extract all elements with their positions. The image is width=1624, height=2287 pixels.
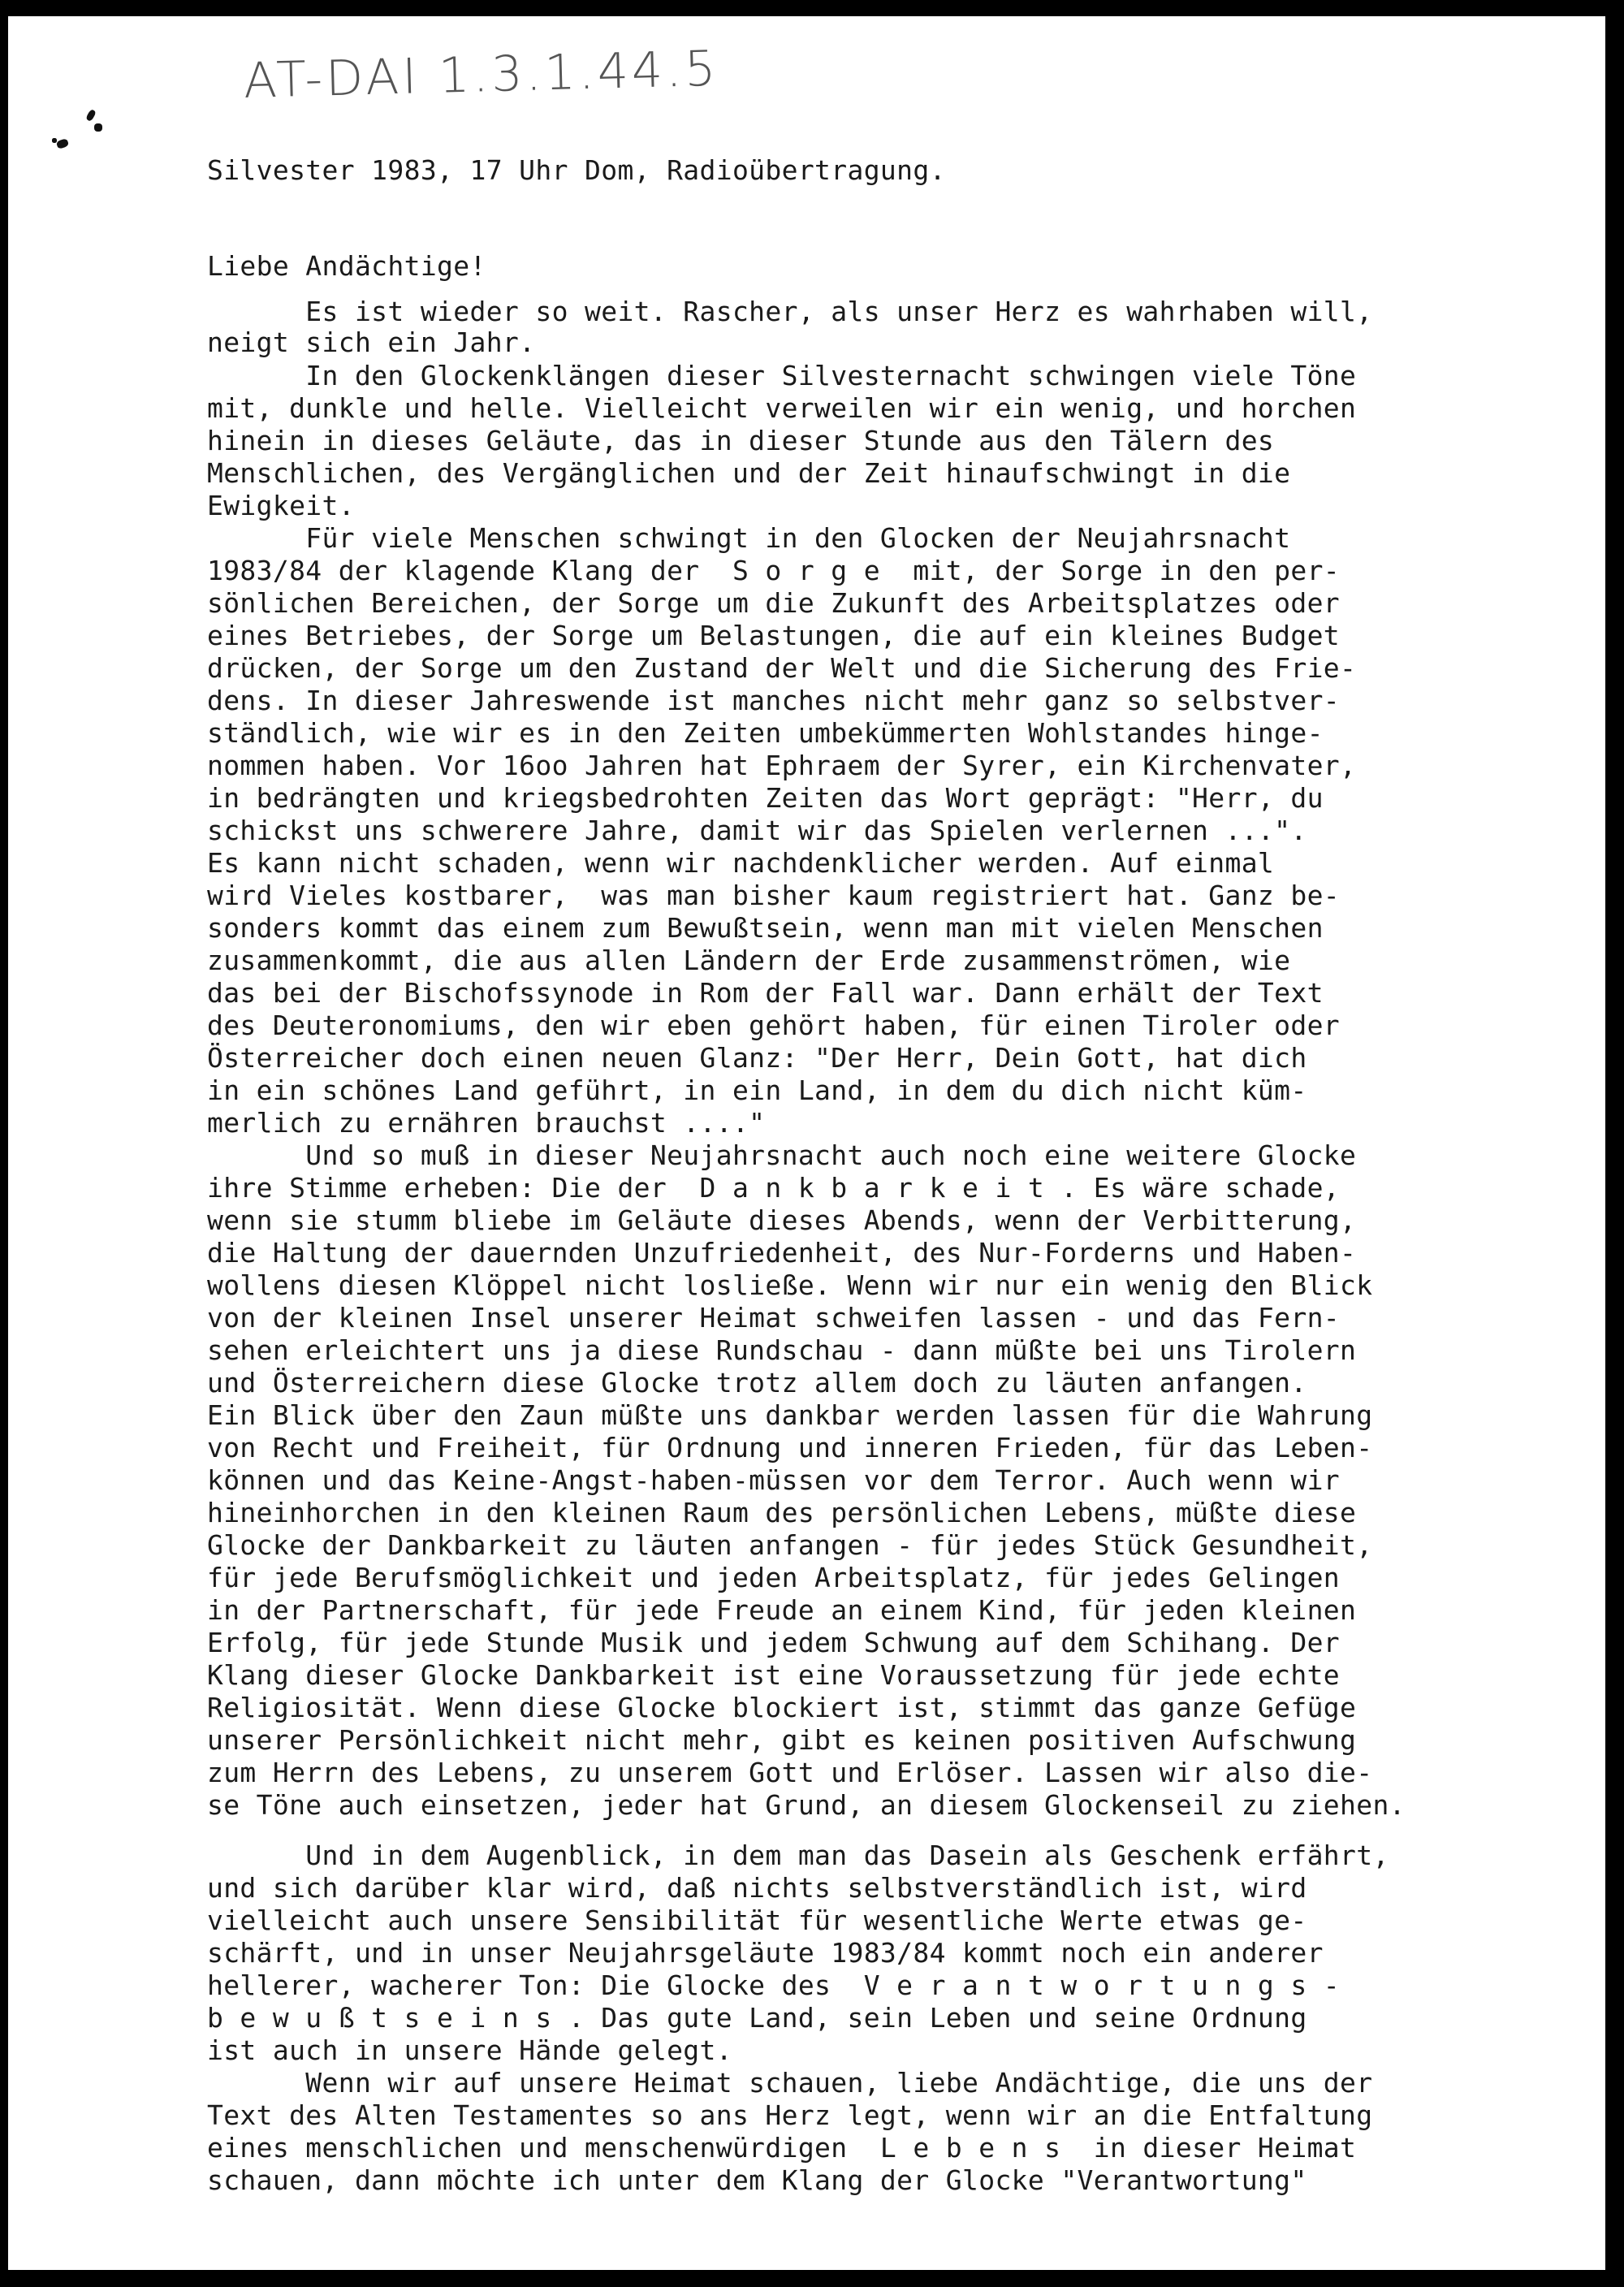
- text-line: von der kleinen Insel unserer Heimat sch…: [207, 1302, 1340, 1334]
- text-line: se Töne auch einsetzen, jeder hat Grund,…: [207, 1789, 1406, 1822]
- text-line: Erfolg, für jede Stunde Musik und jedem …: [207, 1627, 1340, 1659]
- text-line: und Österreichern diese Glocke trotz all…: [207, 1367, 1307, 1399]
- text-line: des Deuteronomiums, den wir eben gehört …: [207, 1009, 1340, 1042]
- ink-blot: [52, 138, 57, 143]
- text-line: das bei der Bischofssynode in Rom der Fa…: [207, 977, 1324, 1009]
- document-header: Silvester 1983, 17 Uhr Dom, Radioübertra…: [207, 154, 946, 187]
- text-line: zusammenkommt, die aus allen Ländern der…: [207, 945, 1290, 977]
- document-page: AT-DAI 1.3.1.44.5 Silvester 1983, 17 Uhr…: [8, 16, 1605, 2270]
- text-line: Und in dem Augenblick, in dem man das Da…: [207, 1840, 1389, 1872]
- text-line: für jede Berufsmöglichkeit und jeden Arb…: [207, 1562, 1340, 1594]
- text-line: neigt sich ein Jahr.: [207, 326, 535, 359]
- text-line: in der Partnerschaft, für jede Freude an…: [207, 1594, 1356, 1627]
- text-line: in bedrängten und kriegsbedrohten Zeiten…: [207, 782, 1324, 815]
- text-line: b e w u ß t s e i n s . Das gute Land, s…: [207, 2002, 1307, 2034]
- text-line: merlich zu ernähren brauchst ....": [207, 1107, 765, 1139]
- text-line: hellerer, wacherer Ton: Die Glocke des V…: [207, 1969, 1340, 2002]
- text-line: zum Herrn des Lebens, zu unserem Gott un…: [207, 1757, 1372, 1789]
- ink-blot: [85, 109, 97, 122]
- text-line: In den Glockenklängen dieser Silvesterna…: [207, 360, 1356, 392]
- text-line: Für viele Menschen schwingt in den Glock…: [207, 522, 1290, 555]
- archive-signature: AT-DAI 1.3.1.44.5: [243, 41, 719, 110]
- text-line: Menschlichen, des Vergänglichen und der …: [207, 457, 1290, 490]
- text-line: Text des Alten Testamentes so ans Herz l…: [207, 2099, 1372, 2132]
- text-line: drücken, der Sorge um den Zustand der We…: [207, 652, 1356, 685]
- text-line: Ewigkeit.: [207, 490, 355, 522]
- text-line: wenn sie stumm bliebe im Geläute dieses …: [207, 1204, 1356, 1237]
- text-line: hineinhorchen in den kleinen Raum des pe…: [207, 1497, 1356, 1529]
- text-line: von Recht und Freiheit, für Ordnung und …: [207, 1432, 1372, 1464]
- text-line: ständlich, wie wir es in den Zeiten umbe…: [207, 717, 1324, 750]
- text-line: mit, dunkle und helle. Vielleicht verwei…: [207, 392, 1356, 425]
- text-line: vielleicht auch unsere Sensibilität für …: [207, 1904, 1307, 1937]
- text-line: unserer Persönlichkeit nicht mehr, gibt …: [207, 1724, 1356, 1757]
- text-line: Österreicher doch einen neuen Glanz: "De…: [207, 1042, 1307, 1074]
- text-line: Wenn wir auf unsere Heimat schauen, lieb…: [207, 2067, 1372, 2099]
- text-line: Klang dieser Glocke Dankbarkeit ist eine…: [207, 1659, 1340, 1692]
- text-line: Es kann nicht schaden, wenn wir nachdenk…: [207, 847, 1274, 880]
- text-line: ihre Stimme erheben: Die der D a n k b a…: [207, 1172, 1340, 1204]
- text-line: wird Vieles kostbarer, was man bisher ka…: [207, 880, 1340, 912]
- text-line: und sich darüber klar wird, daß nichts s…: [207, 1872, 1307, 1904]
- salutation: Liebe Andächtige!: [207, 250, 486, 283]
- text-line: schickst uns schwerere Jahre, damit wir …: [207, 815, 1307, 847]
- text-line: hinein in dieses Geläute, das in dieser …: [207, 425, 1274, 457]
- text-line: sönlichen Bereichen, der Sorge um die Zu…: [207, 587, 1340, 620]
- text-line: nommen haben. Vor 16oo Jahren hat Ephrae…: [207, 750, 1356, 782]
- text-line: die Haltung der dauernden Unzufriedenhei…: [207, 1237, 1356, 1269]
- text-line: 1983/84 der klagende Klang der S o r g e…: [207, 555, 1340, 587]
- text-line: schauen, dann möchte ich unter dem Klang…: [207, 2164, 1307, 2197]
- text-line: sonders kommt das einem zum Bewußtsein, …: [207, 912, 1324, 945]
- text-line: Glocke der Dankbarkeit zu läuten anfange…: [207, 1529, 1372, 1562]
- ink-blot: [94, 123, 102, 132]
- text-line: Es ist wieder so weit. Rascher, als unse…: [207, 296, 1372, 328]
- text-line: sehen erleichtert uns ja diese Rundschau…: [207, 1334, 1356, 1367]
- text-line: dens. In dieser Jahreswende ist manches …: [207, 685, 1340, 717]
- text-line: Und so muß in dieser Neujahrsnacht auch …: [207, 1139, 1356, 1172]
- text-line: wollens diesen Klöppel nicht losließe. W…: [207, 1269, 1372, 1302]
- text-line: ist auch in unsere Hände gelegt.: [207, 2034, 732, 2067]
- text-line: Religiosität. Wenn diese Glocke blockier…: [207, 1692, 1356, 1724]
- text-line: eines Betriebes, der Sorge um Belastunge…: [207, 620, 1340, 652]
- text-line: Ein Blick über den Zaun müßte uns dankba…: [207, 1399, 1372, 1432]
- text-line: können und das Keine-Angst-haben-müssen …: [207, 1464, 1340, 1497]
- text-line: schärft, und in unser Neujahrsgeläute 19…: [207, 1937, 1324, 1969]
- ink-blot: [56, 138, 70, 149]
- text-line: eines menschlichen und menschenwürdigen …: [207, 2132, 1356, 2164]
- text-line: in ein schönes Land geführt, in ein Land…: [207, 1074, 1307, 1107]
